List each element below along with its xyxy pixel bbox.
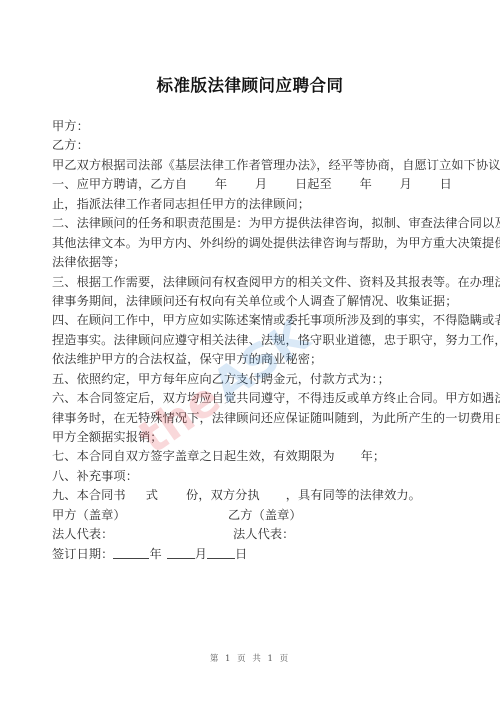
clause-6-line-3: 甲方全额据实报销； xyxy=(52,428,452,447)
signing-month: 月 xyxy=(195,547,207,561)
party-a-line: 甲方： xyxy=(52,117,452,136)
clause-7: 七、本合同自双方签字盖章之日起生效，有效期限为年； xyxy=(52,447,452,466)
seal-line: 甲方（盖章） 乙方（盖章） xyxy=(52,506,452,525)
clause-3-line-2: 律事务期间，法律顾问还有权向有关单位或个人调查了解情况、收集证据； xyxy=(52,292,452,311)
clause-4-line-3: 依法维护甲方的合法权益，保守甲方的商业秘密； xyxy=(52,350,452,369)
clause-7-unit: 年； xyxy=(361,449,386,463)
clause-2-line-2: 其他法律文本。为甲方内、外纠纷的调处提供法律咨询与帮助，为甲方重大决策提供 xyxy=(52,234,452,253)
clause-3-line-1: 三、根据工作需要，法律顾问有权查阅甲方的相关文件、资料及其报表等。在办理法 xyxy=(52,273,452,292)
clause-9: 九、本合同书式份，双方分执，具有同等的法律效力。 xyxy=(52,486,452,505)
clause-1-day2: 日 xyxy=(440,175,452,194)
signing-date-label: 签订日期： xyxy=(52,547,113,561)
clause-4-line-2: 捏造事实。法律顾问应遵守相关法律、法规，恪守职业道德，忠于职守，努力工作， xyxy=(52,331,452,350)
party-b-seal: 乙方（盖章） xyxy=(228,506,302,525)
document-page: 标准版法律顾问应聘合同 甲方： 乙方： 甲乙双方根据司法部《基层法律工作者管理办… xyxy=(0,0,500,706)
clause-9-copies-unit: 式 xyxy=(146,488,158,502)
representative-line: 法人代表： 法人代表： xyxy=(52,525,452,544)
clause-2-line-1: 二、法律顾问的任务和职责范围是：为甲方提供法律咨询，拟制、审查法律合同以及 xyxy=(52,214,452,233)
year-blank xyxy=(113,546,149,559)
signing-date-line: 签订日期：年月日 xyxy=(52,545,452,564)
clause-1-month1: 月 xyxy=(255,175,267,194)
clause-1-year2: 年 xyxy=(360,175,372,194)
signing-day: 日 xyxy=(235,547,247,561)
day-blank xyxy=(207,546,235,559)
clause-1-from: 日起至 xyxy=(295,175,332,194)
document-title: 标准版法律顾问应聘合同 xyxy=(0,72,500,96)
page-footer: 第 1 页 共 1 页 xyxy=(0,652,500,664)
party-a-seal: 甲方（盖章） xyxy=(52,508,126,522)
party-b-line: 乙方： xyxy=(52,136,452,155)
clause-1-start: 一、应甲方聘请，乙方自 xyxy=(52,175,187,194)
signing-year: 年 xyxy=(149,547,161,561)
clause-6-line-2: 律事务时，在无特殊情况下，法律顾问还应保证随叫随到，为此所产生的一切费用由 xyxy=(52,409,452,428)
clause-9-end: ，具有同等的法律效力。 xyxy=(286,488,421,502)
clause-1-line-1: 一、应甲方聘请，乙方自 年 月 日起至 年 月 日 xyxy=(52,175,452,194)
party-b-representative: 法人代表： xyxy=(233,525,294,544)
clause-1-year1: 年 xyxy=(215,175,227,194)
clause-9-each-unit: 份，双方分执 xyxy=(186,488,260,502)
clause-1-line-2: 止，指派法律工作者同志担任甲方的法律顾问； xyxy=(52,195,452,214)
month-blank xyxy=(167,546,195,559)
clause-1-month2: 月 xyxy=(400,175,412,194)
clause-2-line-3: 法律依据等； xyxy=(52,253,452,272)
clause-8: 八、补充事项： xyxy=(52,467,452,486)
preamble: 甲乙双方根据司法部《基层法律工作者管理办法》，经平等协商，自愿订立如下协议： xyxy=(52,156,452,175)
document-body: 甲方： 乙方： 甲乙双方根据司法部《基层法律工作者管理办法》，经平等协商，自愿订… xyxy=(52,117,452,564)
clause-4-line-1: 四、在顾问工作中，甲方应如实陈述案情或委托事项所涉及到的事实，不得隐瞒或者 xyxy=(52,311,452,330)
clause-7-text: 七、本合同自双方签字盖章之日起生效，有效期限为 xyxy=(52,449,335,463)
party-a-representative: 法人代表： xyxy=(52,527,113,541)
clause-6-line-1: 六、本合同签定后，双方均应自觉共同遵守，不得违反或单方终止合同。甲方如遇法 xyxy=(52,389,452,408)
clause-5: 五、依照约定，甲方每年应向乙方支付聘金元，付款方式为：； xyxy=(52,370,452,389)
clause-9-start: 九、本合同书 xyxy=(52,488,126,502)
